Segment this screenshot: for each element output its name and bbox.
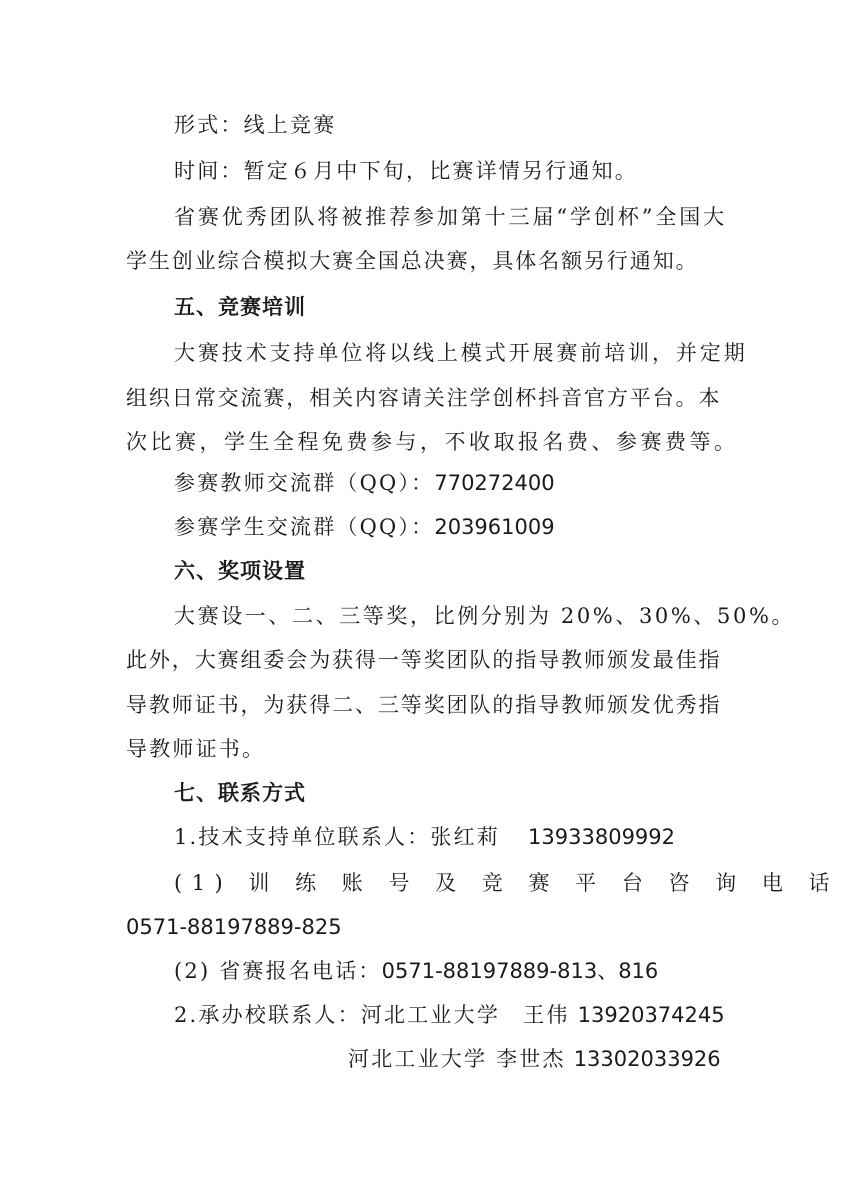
teacher-qq-group-number: 770272400 [434, 471, 554, 495]
host-school-contact-1-label: 2.承办校联系人：河北工业大学 王伟 [174, 1003, 570, 1027]
training-paragraph-line-2: 组织日常交流赛，相关内容请关注学创杯抖音官方平台。本 [126, 383, 721, 413]
host-school-contact-1-phone: 13920374245 [578, 1003, 725, 1027]
section-heading-awards: 六、奖项设置 [174, 556, 306, 586]
awards-paragraph-line-3: 导教师证书，为获得二、三等奖团队的指导教师颁发优秀指 [126, 690, 721, 720]
section-heading-contact: 七、联系方式 [174, 778, 306, 808]
host-school-contact-2-label: 河北工业大学 李世杰 [348, 1047, 566, 1071]
competition-time: 时间：暂定６月中下旬，比赛详情另行通知。 [174, 156, 638, 186]
training-paragraph-line-1: 大赛技术支持单位将以线上模式开展赛前培训，并定期 [174, 338, 748, 368]
awards-paragraph-line-2: 此外，大赛组委会为获得一等奖团队的指导教师颁发最佳指 [126, 645, 721, 675]
host-school-contact-2: 河北工业大学 李世杰13302033926 [348, 1044, 721, 1074]
tech-support-contact-label: 1.技术支持单位联系人：张红莉 [174, 825, 500, 849]
recommend-paragraph-line-1: 省赛优秀团队将被推荐参加第十三届“学创杯”全国大 [174, 202, 727, 232]
student-qq-group-number: 203961009 [434, 515, 554, 539]
teacher-qq-group: 参赛教师交流群（QQ）：770272400 [174, 468, 555, 498]
registration-phone-label: (2) 省赛报名电话： [174, 959, 382, 983]
awards-paragraph-line-1: 大赛设一、二、三等奖，比例分别为 20%、30%、50%。 [174, 601, 795, 631]
host-school-contact-1: 2.承办校联系人：河北工业大学 王伟13920374245 [174, 1000, 725, 1030]
registration-contact: (2) 省赛报名电话：0571-88197889-813、816 [174, 956, 658, 986]
training-paragraph-line-3: 次比赛，学生全程免费参与，不收取报名费、参赛费等。 [126, 427, 739, 457]
recommend-paragraph-line-2: 学生创业综合模拟大赛全国总决赛，具体名额另行通知。 [126, 246, 699, 276]
registration-phone: 0571-88197889-813、816 [382, 959, 659, 983]
teacher-qq-group-label: 参赛教师交流群（QQ）： [174, 471, 434, 495]
tech-support-contact: 1.技术支持单位联系人：张红莉13933809992 [174, 822, 675, 852]
host-school-contact-2-phone: 13302033926 [574, 1047, 721, 1071]
student-qq-group: 参赛学生交流群（QQ）：203961009 [174, 512, 555, 542]
training-account-consult-phone: 0571-88197889-825 [126, 912, 342, 942]
tech-support-contact-phone: 13933809992 [528, 825, 675, 849]
competition-form: 形式：线上竞赛 [174, 110, 336, 140]
student-qq-group-label: 参赛学生交流群（QQ）： [174, 515, 434, 539]
section-heading-training: 五、竞赛培训 [174, 292, 306, 322]
training-account-consult-label: (1) 训 练 账 号 及 竞 赛 平 台 咨 询 电 话 ： [174, 868, 848, 898]
awards-paragraph-line-4: 导教师证书。 [126, 734, 265, 764]
